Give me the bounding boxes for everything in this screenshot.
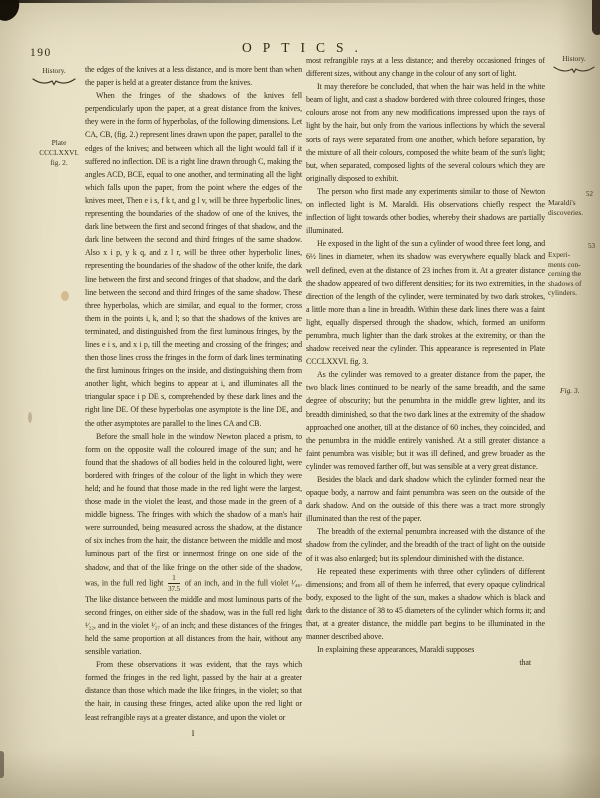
curly-brace-icon bbox=[553, 65, 595, 74]
paragraph: When the fringes of the shadows of the k… bbox=[85, 89, 302, 429]
scan-edge-artifact-top-right bbox=[592, 0, 600, 35]
right-text-column: most refrangible rays at a less distance… bbox=[306, 54, 545, 669]
margin-note: 52 Maraldi's discoveries. bbox=[548, 190, 598, 217]
margin-note-text: Maraldi's discoveries. bbox=[548, 198, 583, 217]
margin-note-number: 53 bbox=[548, 242, 600, 250]
paragraph: He exposed in the light of the sun a cyl… bbox=[306, 237, 545, 368]
fraction-numerator: 1 bbox=[168, 574, 180, 584]
fraction-denominator: 37.5 bbox=[168, 584, 180, 593]
paragraph: In explaining these appearances, Maraldi… bbox=[306, 643, 545, 656]
paragraph: Before the small hole in the window Newt… bbox=[85, 430, 302, 659]
margin-note-text: Experi- ments con- cerning the shadows o… bbox=[548, 250, 581, 297]
paragraph: From these observations it was evident, … bbox=[85, 658, 302, 723]
paragraph-text: of an inch, and in the full violet ¹⁄₄₆.… bbox=[85, 578, 302, 656]
section-label: History. bbox=[42, 66, 66, 75]
scan-edge-artifact-top bbox=[0, 0, 565, 3]
paragraph: The breadth of the external penumbra inc… bbox=[306, 525, 545, 564]
paragraph: the edges of the knives at a less distan… bbox=[85, 63, 302, 89]
signature-mark: I bbox=[85, 727, 302, 740]
paragraph: The person who first made any experiment… bbox=[306, 185, 545, 237]
margin-section-label-right: History. bbox=[549, 54, 599, 74]
margin-note: 53 Experi- ments con- cerning the shadow… bbox=[548, 242, 600, 298]
paragraph: As the cylinder was removed to a greater… bbox=[306, 368, 545, 473]
foxing-spot bbox=[61, 291, 69, 301]
margin-section-label-left: History. bbox=[26, 66, 82, 86]
paragraph: most refrangible rays at a less distance… bbox=[306, 54, 545, 80]
paragraph-text: Before the small hole in the window Newt… bbox=[85, 432, 302, 587]
plate-reference-note: Plate CCCLXXVI. fig. 2. bbox=[34, 138, 84, 168]
margin-note-number: 52 bbox=[548, 190, 598, 198]
figure-reference-note: Fig. 3. bbox=[560, 386, 598, 396]
scan-edge-artifact-bottom-left bbox=[0, 751, 4, 778]
book-page: 190 OPTICS. History. Plate CCCLXXVI. fig… bbox=[0, 0, 600, 798]
scan-edge-artifact-top-left bbox=[0, 0, 23, 24]
catchword: that bbox=[306, 656, 531, 669]
foxing-spot bbox=[28, 412, 32, 423]
paragraph: It may therefore be concluded, that when… bbox=[306, 80, 545, 185]
display-fraction: 137.5 bbox=[168, 574, 180, 593]
curly-brace-icon bbox=[32, 77, 76, 86]
paragraph: He repeated these experiments with three… bbox=[306, 565, 545, 644]
section-label: History. bbox=[562, 54, 586, 63]
paragraph: Besides the black and dark shadow which … bbox=[306, 473, 545, 525]
left-text-column: the edges of the knives at a less distan… bbox=[85, 63, 302, 740]
